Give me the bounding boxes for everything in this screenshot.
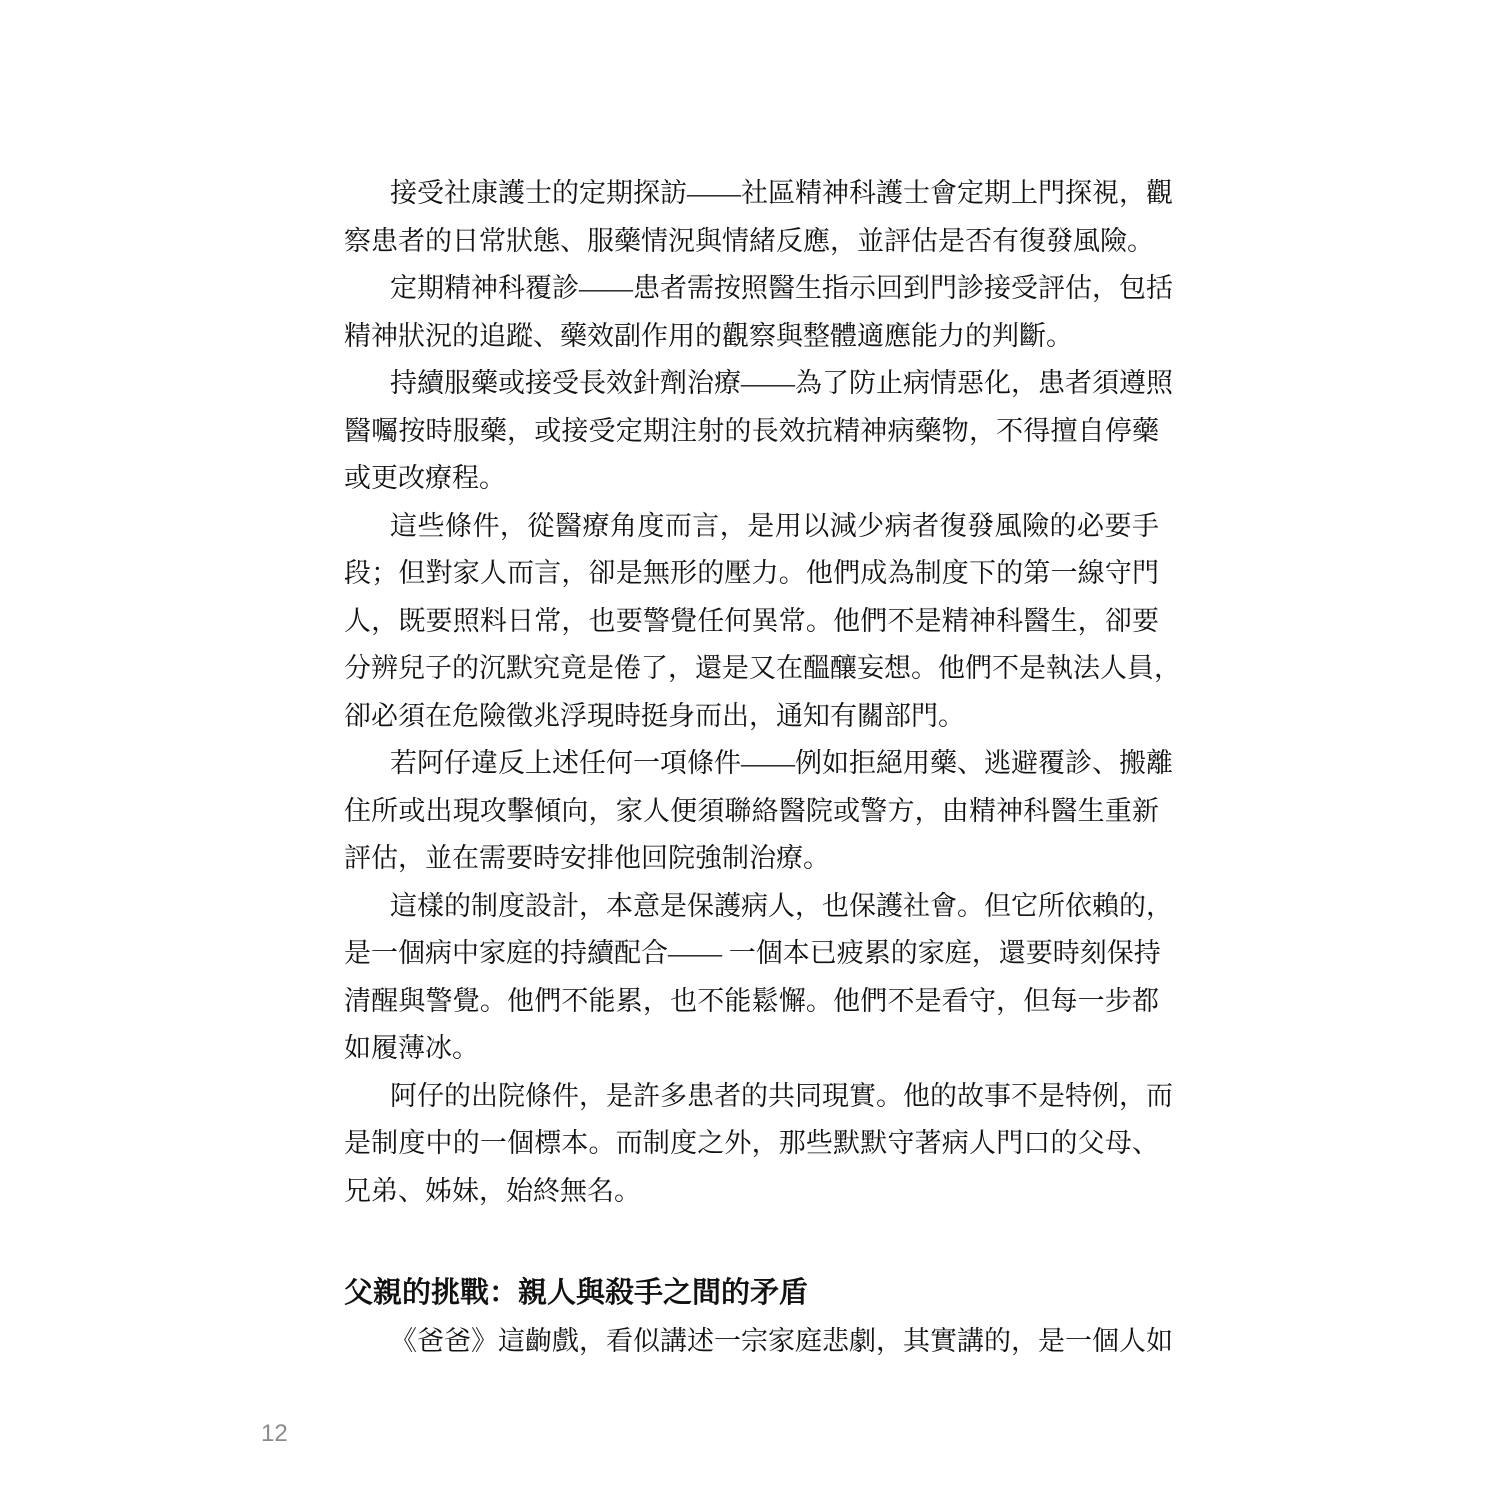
text-line: 或更改療程。 xyxy=(344,455,1159,503)
text-line: 接受社康護士的定期探訪——社區精神科護士會定期上門探視，觀 xyxy=(344,170,1159,218)
paragraph: 《爸爸》這齣戲，看似講述一宗家庭悲劇，其實講的，是一個人如 xyxy=(344,1318,1159,1366)
text-line: 持續服藥或接受長效針劑治療——為了防止病情惡化，患者須遵照 xyxy=(344,360,1159,408)
paragraph: 接受社康護士的定期探訪——社區精神科護士會定期上門探視，觀察患者的日常狀態、服藥… xyxy=(344,170,1159,265)
text-line: 這樣的制度設計，本意是保護病人，也保護社會。但它所依賴的， xyxy=(344,883,1159,931)
section-heading: 父親的挑戰：親人與殺手之間的矛盾 xyxy=(344,1270,1159,1318)
text-line: 人，既要照料日常，也要警覺任何異常。他們不是精神科醫生，卻要 xyxy=(344,598,1159,646)
paragraph: 定期精神科覆診——患者需按照醫生指示回到門診接受評估，包括精神狀況的追蹤、藥效副… xyxy=(344,265,1159,360)
text-line: 若阿仔違反上述任何一項條件——例如拒絕用藥、逃避覆診、搬離 xyxy=(344,740,1159,788)
text-line: 兄弟、姊妹，始終無名。 xyxy=(344,1168,1159,1216)
text-line: 醫囑按時服藥，或接受定期注射的長效抗精神病藥物，不得擅自停藥 xyxy=(344,408,1159,456)
text-line: 如履薄冰。 xyxy=(344,1025,1159,1073)
text-line: 分辨兒子的沉默究竟是倦了，還是又在醞釀妄想。他們不是執法人員， xyxy=(344,645,1159,693)
text-line: 《爸爸》這齣戲，看似講述一宗家庭悲劇，其實講的，是一個人如 xyxy=(344,1318,1159,1366)
text-line: 住所或出現攻擊傾向，家人便須聯絡醫院或警方，由精神科醫生重新 xyxy=(344,788,1159,836)
text-line: 清醒與警覺。他們不能累，也不能鬆懈。他們不是看守，但每一步都 xyxy=(344,978,1159,1026)
text-line: 卻必須在危險徵兆浮現時挺身而出，通知有關部門。 xyxy=(344,693,1159,741)
text-line: 這些條件，從醫療角度而言，是用以減少病者復發風險的必要手 xyxy=(344,503,1159,551)
paragraph: 阿仔的出院條件，是許多患者的共同現實。他的故事不是特例，而是制度中的一個標本。而… xyxy=(344,1073,1159,1216)
paragraph: 這樣的制度設計，本意是保護病人，也保護社會。但它所依賴的，是一個病中家庭的持續配… xyxy=(344,883,1159,1073)
text-line: 阿仔的出院條件，是許多患者的共同現實。他的故事不是特例，而 xyxy=(344,1073,1159,1121)
text-line: 評估，並在需要時安排他回院強制治療。 xyxy=(344,835,1159,883)
text-line: 是一個病中家庭的持續配合—— 一個本已疲累的家庭，還要時刻保持 xyxy=(344,930,1159,978)
document-page: 接受社康護士的定期探訪——社區精神科護士會定期上門探視，觀察患者的日常狀態、服藥… xyxy=(0,0,1500,1500)
page-number: 12 xyxy=(261,1420,288,1448)
paragraph: 若阿仔違反上述任何一項條件——例如拒絕用藥、逃避覆診、搬離住所或出現攻擊傾向，家… xyxy=(344,740,1159,883)
text-column: 接受社康護士的定期探訪——社區精神科護士會定期上門探視，觀察患者的日常狀態、服藥… xyxy=(344,170,1159,1365)
text-line: 段；但對家人而言，卻是無形的壓力。他們成為制度下的第一線守門 xyxy=(344,550,1159,598)
text-line: 察患者的日常狀態、服藥情況與情緒反應，並評估是否有復發風險。 xyxy=(344,218,1159,266)
text-line: 是制度中的一個標本。而制度之外，那些默默守著病人門口的父母、 xyxy=(344,1120,1159,1168)
paragraph: 持續服藥或接受長效針劑治療——為了防止病情惡化，患者須遵照醫囑按時服藥，或接受定… xyxy=(344,360,1159,503)
paragraph: 這些條件，從醫療角度而言，是用以減少病者復發風險的必要手段；但對家人而言，卻是無… xyxy=(344,503,1159,741)
text-line: 定期精神科覆診——患者需按照醫生指示回到門診接受評估，包括 xyxy=(344,265,1159,313)
text-line: 精神狀況的追蹤、藥效副作用的觀察與整體適應能力的判斷。 xyxy=(344,313,1159,361)
